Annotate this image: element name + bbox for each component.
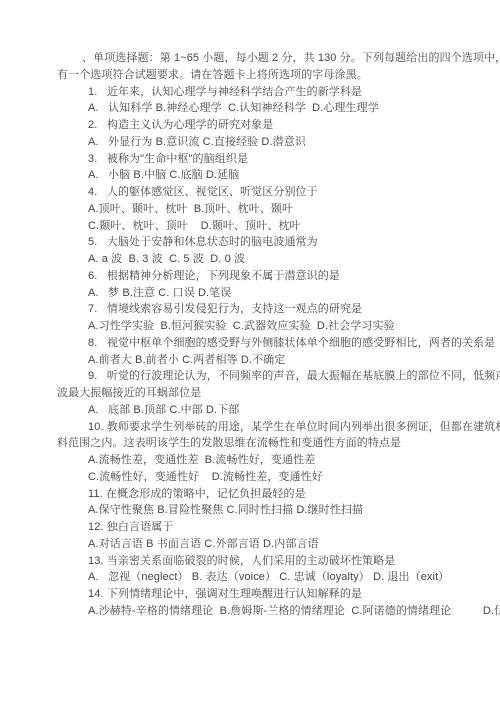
exam-line-q8-stem: 8. 视觉中枢单个细胞的感受野与外侧膝状体单个细胞的感受野相比，两者的关系是	[57, 335, 452, 352]
exam-line-q11-stem: 11. 在概念形成的策略中，记忆负担最轻的是	[57, 486, 452, 503]
exam-line-q10-options-continuation: C.流畅性好，变通性好 D.流畅性差，变通性好	[57, 469, 452, 486]
exam-line-q4-options: A.顶叶、颞叶、枕叶 B.顶叶、枕叶、颞叶	[57, 201, 452, 218]
exam-line-q9-stem-continuation: 波最大振幅接近的耳蜗部位是	[57, 385, 452, 402]
exam-line-q6-stem: 6. 根据精神分析理论，下列现象不属于潜意识的是	[57, 268, 452, 285]
exam-line-q10-options: A.流畅性差，变通性差 B.流畅性好，变通性差	[57, 452, 452, 469]
exam-line-q12-stem: 12. 独白言语属于	[57, 519, 452, 536]
exam-line-section-header-continuation: 有一个选项符合试题要求。请在答题卡上将所选项的字母涂黑。	[57, 67, 452, 84]
exam-line-q7-options: A.习性学实验 B.恒河猴实验 C.武器效应实验 D.社会学习实验	[57, 318, 452, 335]
exam-line-q4-stem: 4. 人的躯体感觉区、视觉区、听觉区分别位于	[57, 184, 452, 201]
exam-line-q7-stem: 7. 情境线索容易引发侵犯行为，支持这一观点的研究是	[57, 301, 452, 318]
exam-document-page: 、单项选择题：第 1~65 小题，每小题 2 分，共 130 分。下列每题给出的…	[0, 0, 500, 708]
exam-line-q2-stem: 2. 构造主义认为心理学的研究对象是	[57, 117, 452, 134]
exam-line-q11-options: A.保守性聚焦 B.冒险性聚焦 C.同时性扫描 D.继时性扫描	[57, 502, 452, 519]
exam-line-q14-options: A.沙赫特-辛格的情绪理论 B.詹姆斯-兰格的情绪理论 C.阿诺德的情绪理论 D…	[57, 603, 452, 620]
exam-line-q14-stem: 14. 下列情绪理论中，强调对生理唤醒进行认知解释的是	[57, 586, 452, 603]
exam-line-q12-options: A.对话言语 B 书面言语 C.外部言语 D.内部言语	[57, 536, 452, 553]
exam-line-q3-stem: 3. 被称为"生命中枢"的脑组织是	[57, 151, 452, 168]
exam-line-q6-options: A. 梦 B.注意 C. 口误 D.笔误	[57, 285, 452, 302]
exam-line-q5-stem: 5. 大脑处于安静和休息状态时的脑电波通常为	[57, 234, 452, 251]
exam-line-section-header: 、单项选择题：第 1~65 小题，每小题 2 分，共 130 分。下列每题给出的…	[57, 50, 452, 67]
exam-line-q10-stem-continuation: 料范围之内。这表明该学生的发散思维在流畅性和变通性方面的特点是	[57, 435, 452, 452]
exam-line-q1-stem: 1. 近年来，认知心理学与神经科学结合产生的新学科是	[57, 84, 452, 101]
exam-line-q9-options: A. 底部 B.顶部 C.中部 D.下部	[57, 402, 452, 419]
exam-text-block: 、单项选择题：第 1~65 小题，每小题 2 分，共 130 分。下列每题给出的…	[57, 50, 452, 620]
exam-line-q9-stem: 9. 听觉的行波理论认为，不同频率的声音，最大振幅在基底膜上的部位不同，低频声	[57, 368, 452, 385]
exam-line-q2-options: A. 外显行为 B.意识流 C.直接经验 D.潜意识	[57, 134, 452, 151]
exam-line-q13-stem: 13. 当亲密关系面临破裂的时候，人们采用的主动破坏性策略是	[57, 553, 452, 570]
exam-line-q5-options: A. a 波 B. 3 波 C. 5 波 D. 0 波	[57, 251, 452, 268]
exam-line-q3-options: A. 小脑 B.中脑 C.底脑 D.延脑	[57, 167, 452, 184]
exam-line-q10-stem: 10. 教师要求学生列举砖的用途，某学生在单位时间内列举出很多例证，但都在建筑材	[57, 419, 452, 436]
exam-line-q8-options: A.前者大 B.前者小 C.两者相等 D.不确定	[57, 352, 452, 369]
exam-line-q13-options: A. 忽视（neglect） B. 表达（voice） C. 忠诚（loyalt…	[57, 569, 452, 586]
exam-line-q1-options: A. 认知科学 B.神经心理学 C.认知神经科学 D.心理生理学	[57, 100, 452, 117]
exam-line-q4-options-continuation: C.颞叶、枕叶、顶叶 D.颞叶、顶叶、枕叶	[57, 218, 452, 235]
